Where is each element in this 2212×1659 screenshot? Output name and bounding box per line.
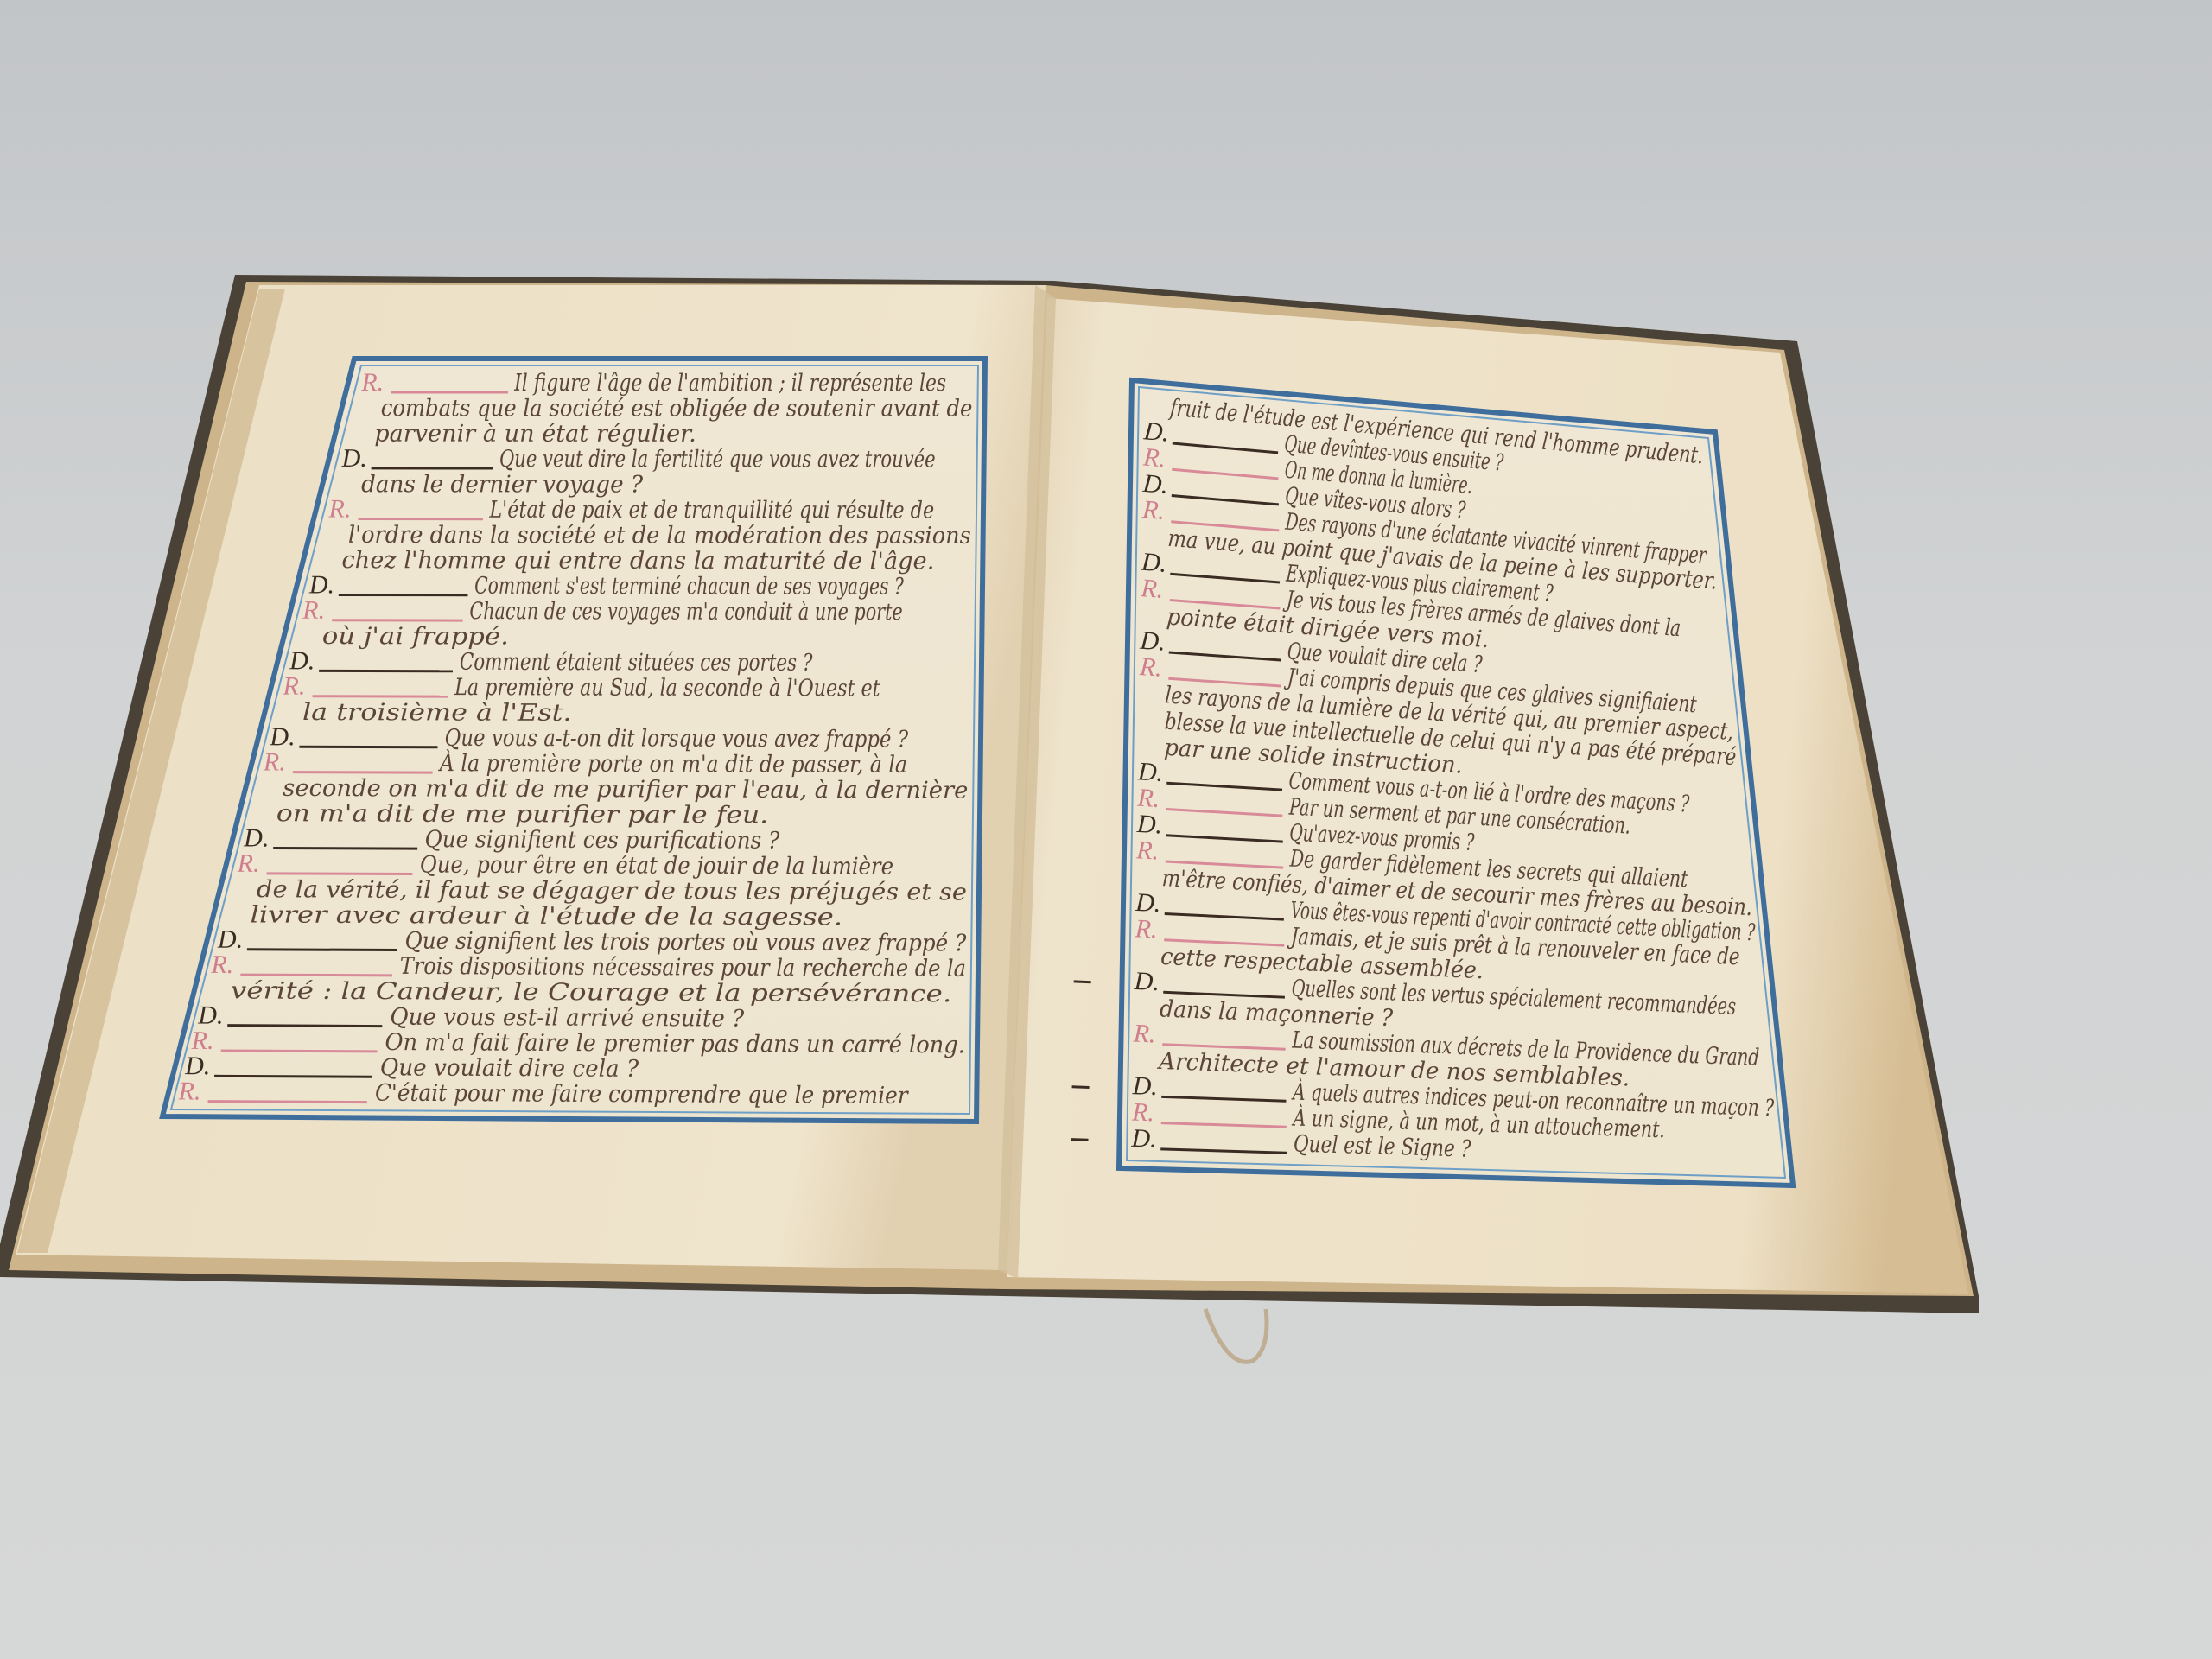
continuation-line: chez l'homme qui entre dans la maturité … bbox=[341, 547, 934, 575]
answer-marker: R. bbox=[1141, 495, 1166, 525]
handwritten-text: Comment s'est terminé chacun de ses voya… bbox=[474, 573, 904, 601]
pencil-tick-mark bbox=[1071, 1140, 1089, 1141]
handwritten-text: Que vous est-il arrivé ensuite ? bbox=[390, 1004, 744, 1033]
handwritten-text: Que voulait dire cela ? bbox=[380, 1054, 639, 1083]
continuation-line: parvenir à un état régulier. bbox=[374, 421, 696, 448]
question-rule bbox=[273, 849, 417, 849]
answer-rule bbox=[240, 975, 392, 976]
handwritten-text: on m'a dit de me purifier par le feu. bbox=[276, 800, 768, 829]
answer-marker: R. bbox=[1136, 784, 1161, 813]
handwritten-text: Comment étaient situées ces portes ? bbox=[460, 649, 813, 677]
answer-marker: R. bbox=[263, 747, 286, 776]
answer-marker: R. bbox=[283, 672, 306, 701]
bookmark-string bbox=[1205, 1309, 1267, 1362]
question-marker: D. bbox=[1135, 888, 1162, 918]
continuation-line: où j'ai frappé. bbox=[322, 623, 509, 651]
open-notebook: R.Il figure l'âge de l'ambition ; il rep… bbox=[0, 0, 2212, 1659]
handwritten-text: Que vous a-t-on dit lorsque vous avez fr… bbox=[445, 725, 909, 753]
answer-marker: R. bbox=[210, 950, 233, 979]
question-marker: D. bbox=[1136, 757, 1164, 787]
handwritten-text: vérité : la Candeur, le Courage et la pe… bbox=[231, 977, 952, 1007]
answer-marker: R. bbox=[1132, 1019, 1156, 1048]
handwritten-text: combats que la société est obligée de so… bbox=[381, 395, 973, 422]
answer-marker: R. bbox=[1131, 1097, 1155, 1127]
pencil-tick-mark bbox=[1072, 1087, 1090, 1088]
answer-marker: R. bbox=[1134, 914, 1158, 944]
answer-rule bbox=[267, 874, 413, 874]
question-marker: D. bbox=[1135, 810, 1163, 840]
answer-rule bbox=[293, 772, 433, 773]
answer-marker: R. bbox=[178, 1077, 201, 1105]
handwritten-text: L'état de paix et de tranquillité qui ré… bbox=[489, 497, 935, 524]
continuation-line: dans le dernier voyage ? bbox=[361, 471, 644, 498]
handwritten-text: la troisième à l'Est. bbox=[302, 699, 572, 727]
handwritten-text: dans le dernier voyage ? bbox=[361, 471, 644, 498]
handwritten-text: C'était pour me faire comprendre que le … bbox=[375, 1080, 910, 1109]
handwritten-text: Que veut dire la fertilité que vous avez… bbox=[499, 446, 936, 473]
handwritten-text: parvenir à un état régulier. bbox=[374, 421, 696, 448]
handwritten-text: La première au Sud, la seconde à l'Ouest… bbox=[454, 674, 880, 702]
handwritten-text: livrer avec ardeur à l'étude de la sages… bbox=[250, 901, 842, 931]
answer-rule bbox=[208, 1102, 367, 1103]
handwritten-text: Que, pour être en état de jouir de la lu… bbox=[420, 852, 893, 880]
question-marker: D. bbox=[217, 925, 243, 954]
question-rule bbox=[247, 950, 397, 950]
handwritten-text: chez l'homme qui entre dans la maturité … bbox=[341, 547, 934, 575]
handwritten-text: À la première porte on m'a dit de passer… bbox=[437, 748, 907, 779]
handwritten-text: l'ordre dans la société et de la modérat… bbox=[348, 522, 971, 550]
answer-rule bbox=[221, 1051, 378, 1052]
handwritten-text: Que signifient ces purifications ? bbox=[425, 826, 780, 855]
handwritten-text: Que signifient les trois portes où vous … bbox=[404, 928, 966, 957]
answer-marker: R. bbox=[237, 849, 260, 878]
handwritten-text: où j'ai frappé. bbox=[322, 623, 509, 651]
question-marker: D. bbox=[1130, 1124, 1157, 1154]
handwritten-text: Chacun de ces voyages m'a conduit à une … bbox=[469, 598, 902, 626]
continuation-line: la troisième à l'Est. bbox=[302, 699, 572, 727]
continuation-line: l'ordre dans la société et de la modérat… bbox=[348, 522, 971, 550]
pencil-tick-mark bbox=[1074, 982, 1091, 982]
answer-marker: R. bbox=[1135, 836, 1160, 865]
continuation-line: vérité : la Candeur, le Courage et la pe… bbox=[231, 977, 952, 1007]
continuation-line: combats que la société est obligée de so… bbox=[381, 395, 973, 422]
continuation-line: on m'a dit de me purifier par le feu. bbox=[276, 800, 768, 829]
question-marker: D. bbox=[341, 444, 367, 473]
question-marker: D. bbox=[197, 1001, 223, 1030]
answer-marker: R. bbox=[302, 596, 325, 625]
continuation-line: seconde on m'a dit de me purifier par l'… bbox=[283, 775, 968, 804]
question-marker: D. bbox=[1131, 1071, 1158, 1101]
question-marker: D. bbox=[308, 570, 334, 599]
answer-marker: R. bbox=[327, 494, 351, 523]
continuation-line: livrer avec ardeur à l'étude de la sages… bbox=[250, 901, 842, 931]
answer-marker: R. bbox=[360, 368, 384, 397]
handwritten-text: Quel est le Signe ? bbox=[1293, 1131, 1471, 1163]
answer-marker: R. bbox=[1140, 574, 1165, 604]
question-rule bbox=[214, 1076, 372, 1077]
handwritten-text: Il figure l'âge de l'ambition ; il repré… bbox=[513, 370, 946, 397]
question-marker: D. bbox=[289, 646, 315, 675]
question-marker: D. bbox=[269, 722, 295, 751]
question-marker: D. bbox=[184, 1052, 210, 1080]
question-marker: D. bbox=[243, 823, 269, 852]
question-marker: D. bbox=[1133, 967, 1160, 996]
handwritten-text: seconde on m'a dit de me purifier par l'… bbox=[283, 775, 968, 804]
answer-marker: R. bbox=[191, 1027, 214, 1055]
answer-marker: R. bbox=[1138, 652, 1163, 683]
question-rule bbox=[227, 1026, 382, 1027]
